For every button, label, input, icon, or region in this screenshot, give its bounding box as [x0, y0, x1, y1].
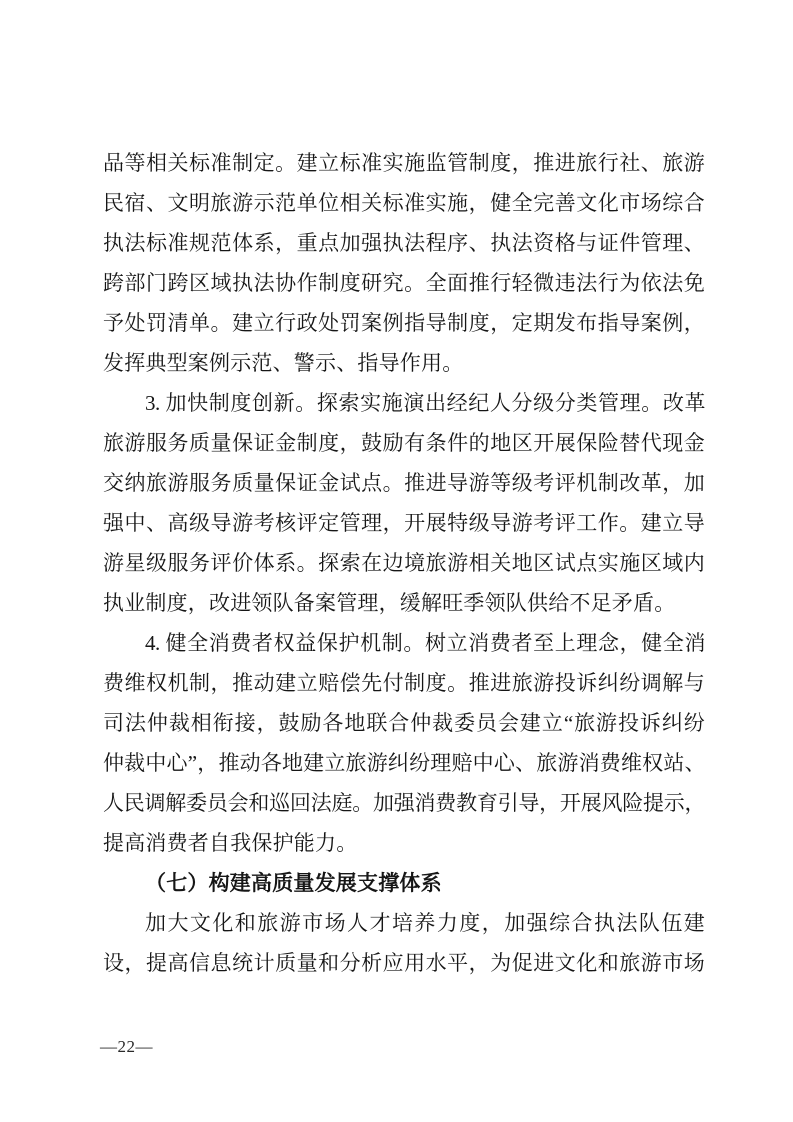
text-line: 3. 加快制度创新。探索实施演出经纪人分级分类管理。改革: [103, 383, 705, 423]
body-text: 品等相关标准制定。建立标准实施监管制度，推进旅行社、旅游 民宿、文明旅游示范单位…: [103, 143, 705, 983]
text-line: 执业制度，改进领队备案管理，缓解旺季领队供给不足矛盾。: [103, 583, 705, 623]
text-line: 游星级服务评价体系。探索在边境旅游相关地区试点实施区域内: [103, 543, 705, 583]
text-line: 品等相关标准制定。建立标准实施监管制度，推进旅行社、旅游: [103, 143, 705, 183]
text-line: 提高消费者自我保护能力。: [103, 823, 705, 863]
text-line: 费维权机制，推动建立赔偿先付制度。推进旅游投诉纠纷调解与: [103, 663, 705, 703]
document-page: 品等相关标准制定。建立标准实施监管制度，推进旅行社、旅游 民宿、文明旅游示范单位…: [0, 0, 793, 1122]
text-line: 交纳旅游服务质量保证金试点。推进导游等级考评机制改革，加: [103, 463, 705, 503]
text-line: 执法标准规范体系，重点加强执法程序、执法资格与证件管理、: [103, 223, 705, 263]
text-line: 设，提高信息统计质量和分析应用水平，为促进文化和旅游市场: [103, 943, 705, 983]
text-line: 跨部门跨区域执法协作制度研究。全面推行轻微违法行为依法免: [103, 263, 705, 303]
text-line: 民宿、文明旅游示范单位相关标准实施，健全完善文化市场综合: [103, 183, 705, 223]
text-line: 司法仲裁相衔接，鼓励各地联合仲裁委员会建立“旅游投诉纠纷: [103, 703, 705, 743]
text-line: 加大文化和旅游市场人才培养力度，加强综合执法队伍建: [103, 903, 705, 943]
text-line: 发挥典型案例示范、警示、指导作用。: [103, 343, 705, 383]
text-line: 4. 健全消费者权益保护机制。树立消费者至上理念，健全消: [103, 623, 705, 663]
text-line: 人民调解委员会和巡回法庭。加强消费教育引导，开展风险提示，: [103, 783, 705, 823]
text-line: 旅游服务质量保证金制度，鼓励有条件的地区开展保险替代现金: [103, 423, 705, 463]
text-line: 予处罚清单。建立行政处罚案例指导制度，定期发布指导案例，: [103, 303, 705, 343]
section-heading: （七）构建高质量发展支撑体系: [103, 863, 705, 903]
text-line: 强中、高级导游考核评定管理，开展特级导游考评工作。建立导: [103, 503, 705, 543]
page-number: —22—: [100, 1035, 153, 1059]
text-line: 仲裁中心”，推动各地建立旅游纠纷理赔中心、旅游消费维权站、: [103, 743, 705, 783]
